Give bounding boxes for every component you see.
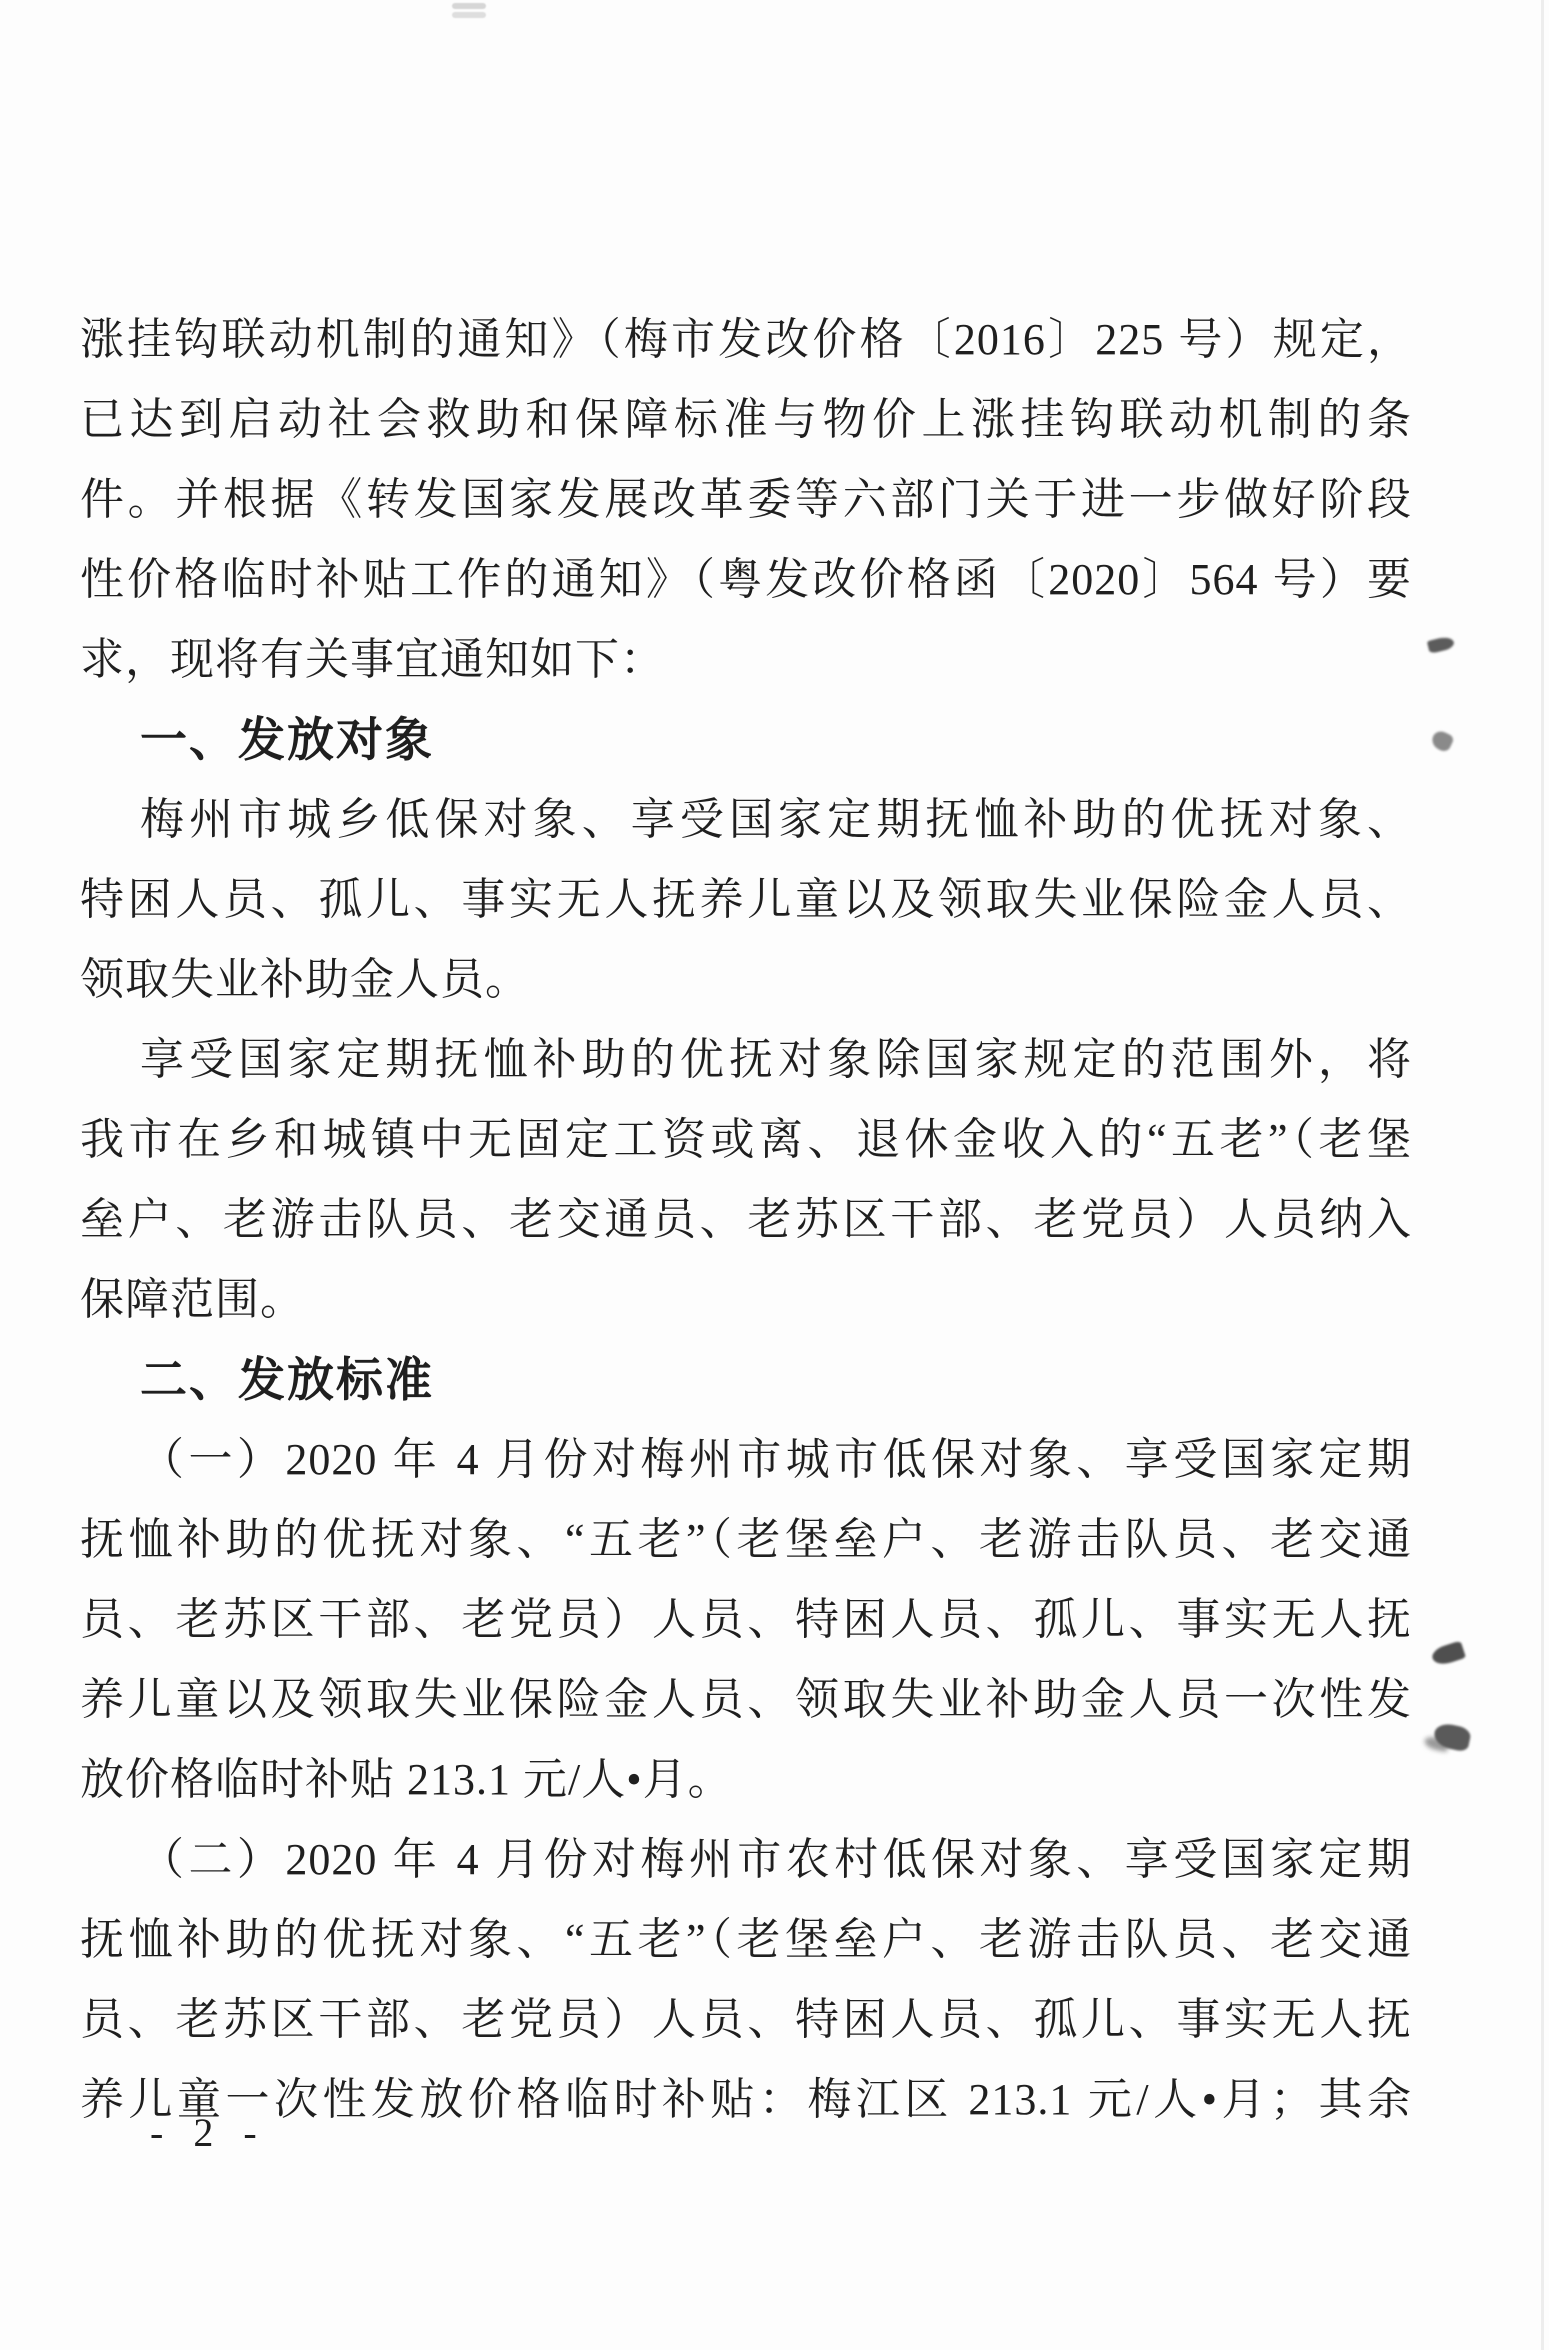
body-line: 特困人员、孤儿、事实无人抚养儿童以及领取失业保险金人员、: [80, 860, 1412, 940]
body-line: 已达到启动社会救助和保障标准与物价上涨挂钩联动机制的条: [80, 380, 1412, 460]
scan-artifact: [1432, 1722, 1472, 1753]
section-heading-1: 一、发放对象: [80, 700, 1412, 780]
document-page: 涨挂钩联动机制的通知》（梅市发改价格〔2016〕225 号）规定， 已达到启动社…: [0, 0, 1549, 2350]
scan-artifact: [452, 3, 486, 9]
body-line: 性价格临时补贴工作的通知》（粤发改价格函〔2020〕564 号）要: [80, 540, 1412, 620]
scan-artifact: [1430, 1640, 1466, 1667]
page-number: - 2 -: [150, 2103, 267, 2163]
section-heading-2: 二、发放标准: [80, 1340, 1412, 1420]
body-line: （一）2020 年 4 月份对梅州市城市低保对象、享受国家定期: [80, 1420, 1412, 1500]
document-body: 涨挂钩联动机制的通知》（梅市发改价格〔2016〕225 号）规定， 已达到启动社…: [80, 300, 1412, 2140]
body-line: 员、老苏区干部、老党员）人员、特困人员、孤儿、事实无人抚: [80, 1980, 1412, 2060]
body-line: 涨挂钩联动机制的通知》（梅市发改价格〔2016〕225 号）规定，: [80, 300, 1412, 380]
body-line: 抚恤补助的优抚对象、“五老”（老堡垒户、老游击队员、老交通: [80, 1500, 1412, 1580]
body-line: 保障范围。: [80, 1260, 1412, 1340]
body-line: （二）2020 年 4 月份对梅州市农村低保对象、享受国家定期: [80, 1820, 1412, 1900]
body-line: 件。并根据《转发国家发展改革委等六部门关于进一步做好阶段: [80, 460, 1412, 540]
scan-edge-line: [1541, 0, 1544, 2350]
body-line: 抚恤补助的优抚对象、“五老”（老堡垒户、老游击队员、老交通: [80, 1900, 1412, 1980]
body-line: 养儿童一次性发放价格临时补贴：梅江区 213.1 元/人•月；其余: [80, 2060, 1412, 2140]
body-line: 梅州市城乡低保对象、享受国家定期抚恤补助的优抚对象、: [80, 780, 1412, 860]
body-line: 领取失业补助金人员。: [80, 940, 1412, 1020]
body-line: 垒户、老游击队员、老交通员、老苏区干部、老党员）人员纳入: [80, 1180, 1412, 1260]
scan-artifact: [1429, 729, 1455, 754]
body-line: 我市在乡和城镇中无固定工资或离、退休金收入的“五老”（老堡: [80, 1100, 1412, 1180]
body-line: 放价格临时补贴 213.1 元/人•月。: [80, 1740, 1412, 1820]
body-line: 享受国家定期抚恤补助的优抚对象除国家规定的范围外，将: [80, 1020, 1412, 1100]
scan-artifact: [1427, 635, 1455, 654]
body-line: 员、老苏区干部、老党员）人员、特困人员、孤儿、事实无人抚: [80, 1580, 1412, 1660]
body-line: 养儿童以及领取失业保险金人员、领取失业补助金人员一次性发: [80, 1660, 1412, 1740]
body-line: 求，现将有关事宜通知如下：: [80, 620, 1412, 700]
